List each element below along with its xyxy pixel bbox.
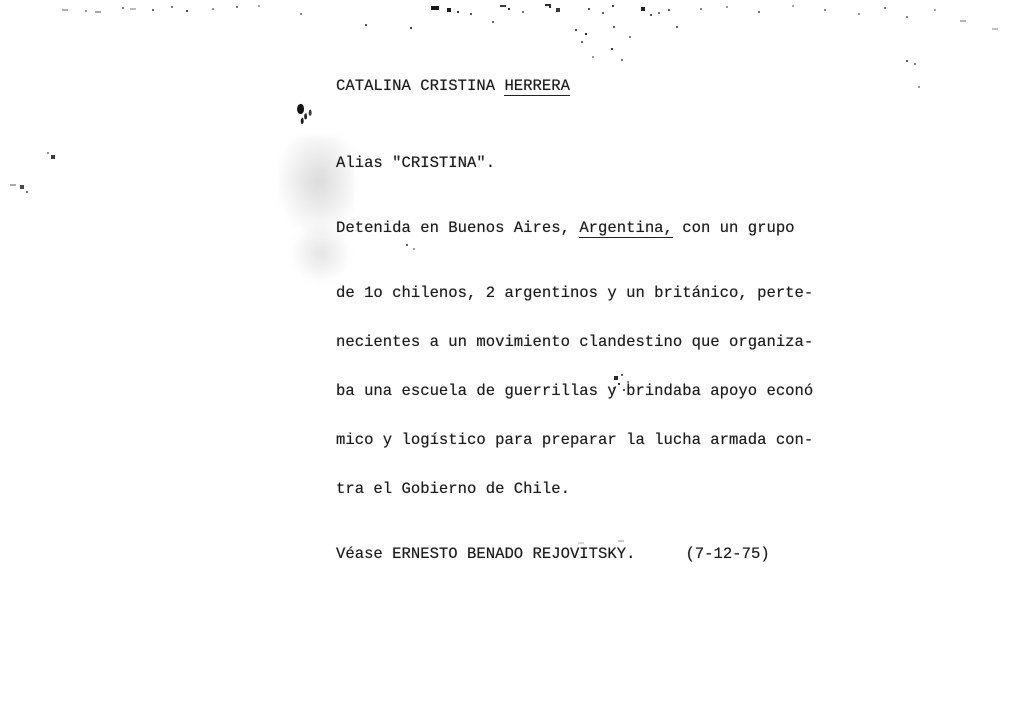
title-underlined-surname: HERRERA bbox=[504, 77, 570, 96]
body-line: mico y logístico para preparar la lucha … bbox=[336, 432, 813, 448]
detention-country-underlined: Argentina, bbox=[579, 219, 673, 238]
detention-post-text: con un grupo bbox=[673, 219, 795, 237]
date-stamp: (7-12-75) bbox=[685, 545, 769, 563]
typewritten-text-block: CATALINA CRISTINA HERRERA Alias "CRISTIN… bbox=[336, 29, 813, 611]
scan-noise-dashes bbox=[0, 0, 6, 2]
detention-line: Detenida en Buenos Aires, Argentina, con… bbox=[336, 220, 813, 236]
reference-line: Véase ERNESTO BENADO REJOVITSKY.(7-12-75… bbox=[336, 546, 813, 562]
detention-pre-text: Detenida en Buenos Aires, bbox=[336, 219, 579, 237]
body-line: necientes a un movimiento clandestino qu… bbox=[336, 334, 813, 350]
body-line: ba una escuela de guerrillas y brindaba … bbox=[336, 383, 813, 399]
scan-noise-specks bbox=[0, 0, 2, 2]
scanned-document-page: CATALINA CRISTINA HERRERA Alias "CRISTIN… bbox=[0, 0, 1012, 717]
alias-line: Alias "CRISTINA". bbox=[336, 155, 813, 171]
body-line: de 1o chilenos, 2 argentinos y un britán… bbox=[336, 285, 813, 301]
document-title: CATALINA CRISTINA HERRERA bbox=[336, 78, 813, 94]
ink-blot-mark bbox=[296, 104, 304, 115]
body-line: tra el Gobierno de Chile. bbox=[336, 481, 813, 497]
title-plain-text: CATALINA CRISTINA bbox=[336, 77, 504, 95]
cross-reference-text: Véase ERNESTO BENADO REJOVITSKY. bbox=[336, 545, 635, 563]
